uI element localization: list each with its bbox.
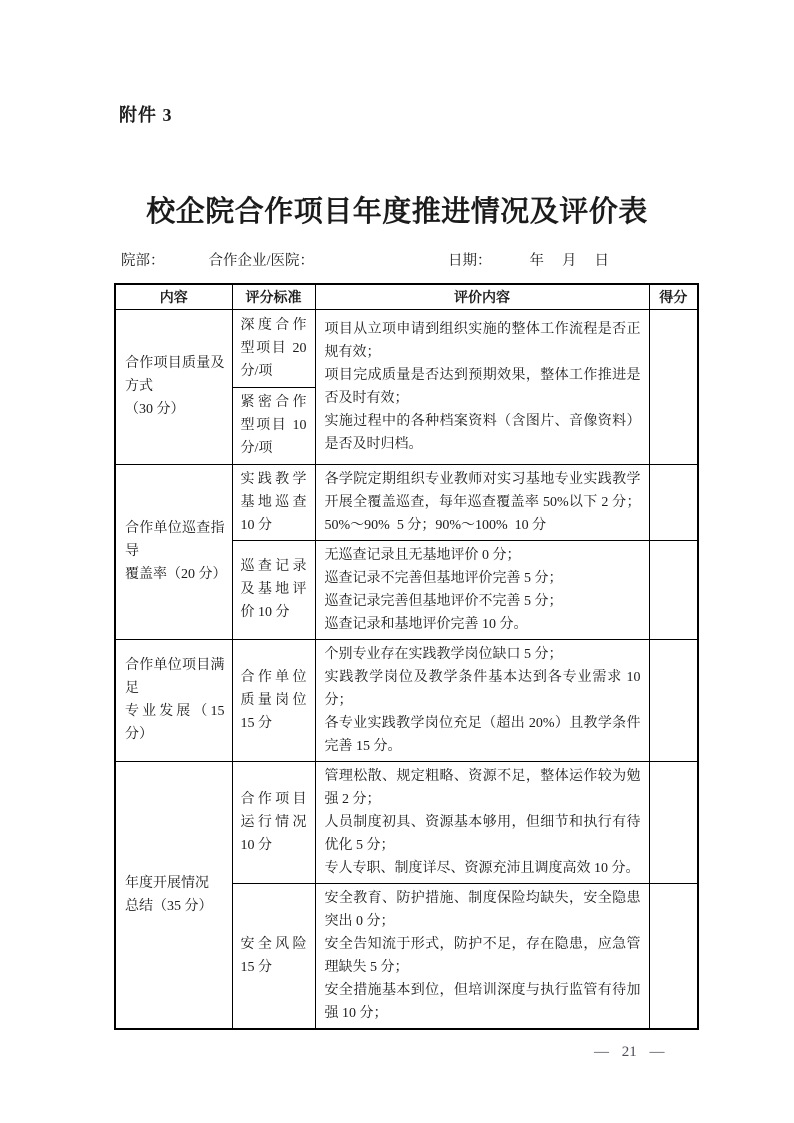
score-cell-safety-risk (649, 883, 698, 1029)
criteria-cell-safety-risk: 安全风险 15 分 (232, 883, 315, 1029)
score-cell-inspection-records (649, 540, 698, 639)
page-title: 校企院合作项目年度推进情况及评价表 (0, 189, 794, 230)
table-header-row: 内容 评分标准 评价内容 得分 (115, 284, 698, 309)
table-row: 合作项目质量及方式 （30 分） 深度合作型项目 20 分/项 项目从立项申请到… (115, 309, 698, 387)
partner-label: 合作企业/医院： (209, 249, 315, 270)
evaluation-table: 内容 评分标准 评价内容 得分 合作项目质量及方式 （30 分） 深度合作型项目… (114, 283, 699, 1030)
criteria-cell-base-inspection: 实践教学基地巡查 10 分 (232, 464, 315, 540)
document-page: 附件 3 校企院合作项目年度推进情况及评价表 院部：合作企业/医院：日期：年月日… (0, 0, 794, 1123)
criteria-cell-project-operation: 合作项目运行情况 10 分 (232, 761, 315, 883)
evaluation-cell-safety-risk: 安全教育、防护措施、制度保险均缺失，安全隐患突出 0 分； 安全告知流于形式，防… (315, 883, 649, 1029)
department-label: 院部： (121, 249, 165, 270)
content-cell-project-quality: 合作项目质量及方式 （30 分） (115, 309, 232, 464)
col-header-criteria: 评分标准 (232, 284, 315, 309)
attachment-label: 附件 3 (119, 101, 173, 127)
month-label: 月 (562, 249, 577, 270)
content-cell-professional-development: 合作单位项目满足 专业发展（15 分） (115, 639, 232, 761)
col-header-score: 得分 (649, 284, 698, 309)
evaluation-cell-project-operation: 管理松散、规定粗略、资源不足，整体运作较为勉强 2 分； 人员制度初具、资源基本… (315, 761, 649, 883)
table-row: 年度开展情况 总结（35 分） 合作项目运行情况 10 分 管理松散、规定粗略、… (115, 761, 698, 883)
score-cell-project-operation (649, 761, 698, 883)
day-label: 日 (595, 249, 610, 270)
score-cell-project-quality (649, 309, 698, 464)
criteria-cell-deep-cooperation: 深度合作型项目 20 分/项 (232, 309, 315, 387)
form-header-line: 院部：合作企业/医院：日期：年月日 (121, 249, 609, 270)
table-row: 合作单位项目满足 专业发展（15 分） 合作单位质量岗位 15 分 个别专业存在… (115, 639, 698, 761)
score-cell-base-inspection (649, 464, 698, 540)
evaluation-cell-project-quality: 项目从立项申请到组织实施的整体工作流程是否正规有效； 项目完成质量是否达到预期效… (315, 309, 649, 464)
evaluation-cell-inspection-records: 无巡查记录且无基地评价 0 分； 巡查记录不完善但基地评价完善 5 分； 巡查记… (315, 540, 649, 639)
evaluation-cell-quality-positions: 个别专业存在实践教学岗位缺口 5 分； 实践教学岗位及教学条件基本达到各专业需求… (315, 639, 649, 761)
date-label: 日期： (448, 249, 492, 270)
criteria-cell-inspection-records: 巡查记录及基地评价 10 分 (232, 540, 315, 639)
criteria-cell-quality-positions: 合作单位质量岗位 15 分 (232, 639, 315, 761)
table-row: 合作单位巡查指导 覆盖率（20 分） 实践教学基地巡查 10 分 各学院定期组织… (115, 464, 698, 540)
content-cell-inspection-coverage: 合作单位巡查指导 覆盖率（20 分） (115, 464, 232, 639)
col-header-evaluation: 评价内容 (315, 284, 649, 309)
year-label: 年 (530, 249, 545, 270)
content-cell-annual-summary: 年度开展情况 总结（35 分） (115, 761, 232, 1029)
criteria-cell-close-cooperation: 紧密合作型项目 10 分/项 (232, 387, 315, 464)
col-header-content: 内容 (115, 284, 232, 309)
page-number: — 21 — (594, 1044, 665, 1061)
evaluation-cell-base-inspection: 各学院定期组织专业教师对实习基地专业实践教学开展全覆盖巡查，每年巡查覆盖率 50… (315, 464, 649, 540)
score-cell-quality-positions (649, 639, 698, 761)
